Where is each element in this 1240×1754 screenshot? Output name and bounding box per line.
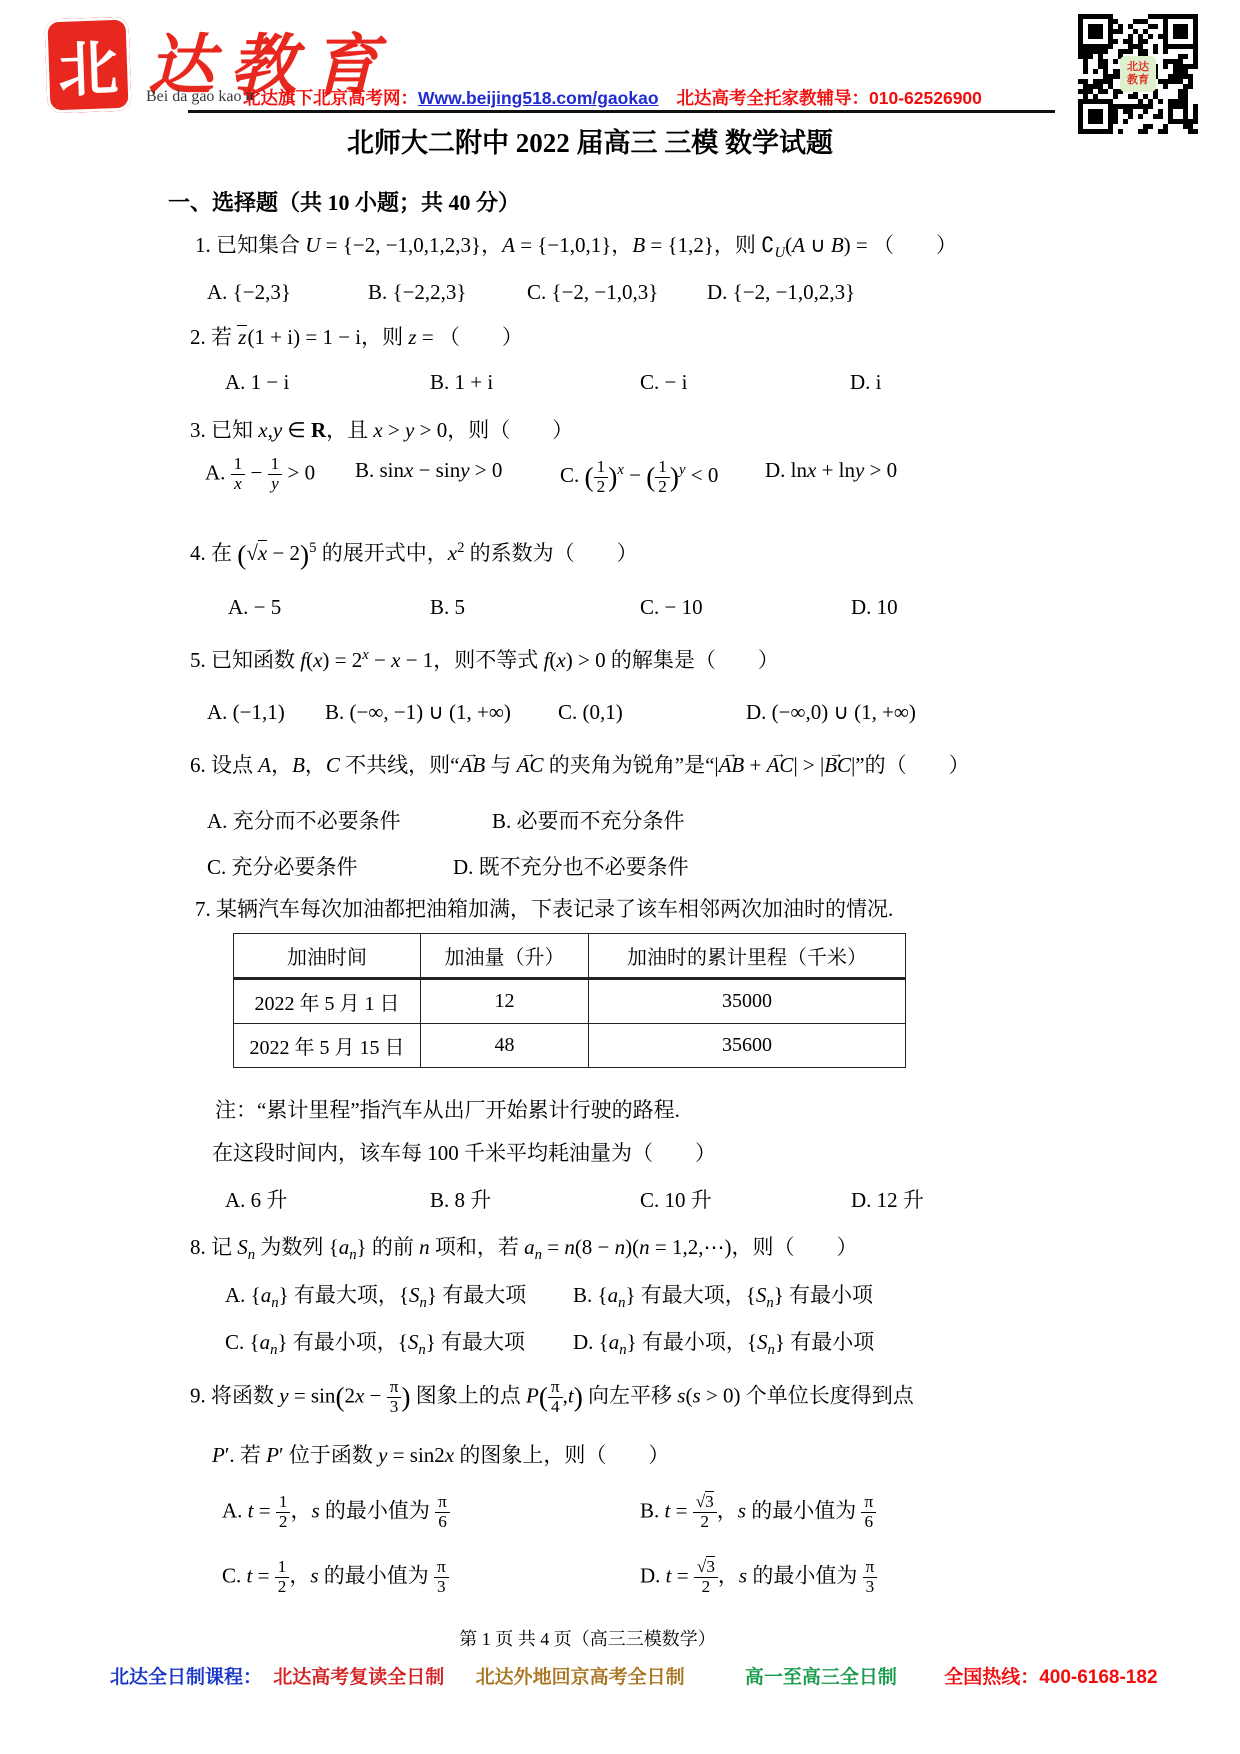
q6-option-d: D. 既不充分也不必要条件 [453, 852, 689, 882]
footer-link-label: 北达全日制课程： [110, 1667, 262, 1688]
qr-code: 北达 教育 [1078, 14, 1198, 134]
q8-option-c: C. {an} 有最小项，{Sn} 有最大项 [225, 1327, 525, 1365]
qr-logo-line2: 教育 [1127, 74, 1149, 87]
page-title: 北师大二附中 2022 届高三 三模 数学试题 [0, 121, 1180, 160]
question-1-options: A. {−2,3} B. {−2,2,3} C. {−2, −1,0,3} D.… [0, 277, 1240, 311]
exam-page: 北 达教育 Bei da gao kao ■ 北达旗下北京高考网：Www.bei… [0, 0, 1240, 1754]
col-refuel-time: 加油时间 [234, 934, 421, 979]
fuel-table-header-row: 加油时间 加油量（升） 加油时的累计里程（千米） [234, 934, 906, 979]
q7-option-b: B. 8 升 [430, 1185, 491, 1215]
question-8-options-ab: A. {an} 有最大项，{Sn} 有最大项 B. {an} 有最大项，{Sn}… [0, 1280, 1240, 1314]
q2-option-a: A. 1 − i [225, 367, 289, 397]
q9-option-c: C. t = 12，s 的最小值为 π3 [222, 1558, 449, 1597]
question-6-options-ab: A. 充分而不必要条件 B. 必要而不充分条件 [0, 806, 1240, 840]
table-row: 2022 年 5 月 15 日 48 35600 [234, 1024, 906, 1068]
question-7-note: 注：“累计里程”指汽车从出厂开始累计行驶的路程. [215, 1095, 680, 1125]
q3-option-b: B. sinx − siny > 0 [355, 455, 502, 485]
q6-option-b: B. 必要而不充分条件 [492, 806, 685, 836]
brand-caption: Bei da gao kao ■ [146, 88, 255, 106]
q2-option-b: B. 1 + i [430, 367, 493, 397]
q5-option-c: C. (0,1) [558, 697, 623, 727]
page-number: 第 1 页 共 4 页（高三三模数学） [0, 1625, 1175, 1651]
cell-amount-2: 48 [421, 1024, 589, 1068]
cell-odometer-2: 35600 [589, 1024, 906, 1068]
q3-option-c: C. (12)x − (12)y < 0 [560, 455, 718, 497]
q4-option-d: D. 10 [851, 592, 898, 622]
footer-course-links: 北达全日制课程： 北达高考复读全日制 北达外地回京高考全日制 高一至高三全日制 … [110, 1662, 1210, 1689]
question-9-stem-line1: 9. 将函数 y = sin(2x − π3) 图象上的点 P(π4,t) 向左… [190, 1378, 914, 1417]
question-5-stem: 5. 已知函数 f(x) = 2x − x − 1，则不等式 f(x) > 0 … [190, 640, 779, 675]
q9-option-d: D. t = √32，s 的最小值为 π3 [640, 1558, 877, 1597]
site-label: 北达旗下北京高考网： [243, 88, 418, 108]
question-8-stem: 8. 记 Sn 为数列 {an} 的前 n 项和，若 an = n(8 − n)… [190, 1232, 858, 1270]
q3-option-d: D. lnx + lny > 0 [765, 455, 897, 485]
question-1-stem: 1. 已知集合 U = {−2, −1,0,1,2,3}，A = {−1,0,1… [195, 230, 957, 268]
question-6-options-cd: C. 充分必要条件 D. 既不充分也不必要条件 [0, 852, 1240, 886]
question-8-options-cd: C. {an} 有最小项，{Sn} 有最大项 D. {an} 有最小项，{Sn}… [0, 1327, 1240, 1361]
gaokao-site-link[interactable]: Www.beijing518.com/gaokao [418, 88, 659, 108]
q7-option-c: C. 10 升 [640, 1185, 712, 1215]
footer-link-return-beijing: 北达外地回京高考全日制 [476, 1667, 685, 1688]
q4-option-b: B. 5 [430, 592, 465, 622]
question-4-stem: 4. 在 (√x − 2)5 的展开式中，x2 的系数为（ ） [190, 533, 638, 569]
question-9-stem-line2: P′. 若 P′ 位于函数 y = sin2x 的图象上，则（ ） [212, 1440, 669, 1470]
cell-date-2: 2022 年 5 月 15 日 [234, 1024, 421, 1068]
q1-option-a: A. {−2,3} [207, 277, 291, 307]
footer-link-grade1-3: 高一至高三全日制 [745, 1667, 897, 1688]
question-3-options: A. 1x − 1y > 0 B. sinx − siny > 0 C. (12… [0, 455, 1240, 515]
cell-odometer-1: 35000 [589, 979, 906, 1024]
q9-option-a: A. t = 12，s 的最小值为 π6 [222, 1493, 450, 1532]
question-2-stem: 2. 若 z(1 + i) = 1 − i，则 z = （ ） [190, 322, 523, 352]
question-6-stem: 6. 设点 A，B，C 不共线，则“→AB 与 →AC 的夹角为锐角”是“|→A… [190, 750, 970, 780]
q2-option-d: D. i [850, 367, 882, 397]
question-7-subquestion: 在这段时间内，该车每 100 千米平均耗油量为（ ） [212, 1138, 716, 1168]
q5-option-a: A. (−1,1) [207, 697, 285, 727]
fuel-table: 加油时间 加油量（升） 加油时的累计里程（千米） 2022 年 5 月 1 日 … [233, 933, 906, 1068]
q4-option-a: A. − 5 [228, 592, 281, 622]
q2-option-c: C. − i [640, 367, 687, 397]
question-7-options: A. 6 升 B. 8 升 C. 10 升 D. 12 升 [0, 1185, 1240, 1219]
q7-option-a: A. 6 升 [225, 1185, 287, 1215]
q5-option-b: B. (−∞, −1) ∪ (1, +∞) [325, 697, 511, 727]
qr-center-logo: 北达 教育 [1120, 56, 1156, 92]
q3-option-a: A. 1x − 1y > 0 [205, 455, 315, 494]
question-4-options: A. − 5 B. 5 C. − 10 D. 10 [0, 592, 1240, 626]
question-7-stem: 7. 某辆汽车每次加油都把油箱加满，下表记录了该车相邻两次加油时的情况. [195, 894, 893, 924]
q4-option-c: C. − 10 [640, 592, 703, 622]
header-contact-line: 北达旗下北京高考网：Www.beijing518.com/gaokao北达高考全… [243, 85, 982, 110]
q8-option-b: B. {an} 有最大项，{Sn} 有最小项 [573, 1280, 873, 1318]
header-divider [188, 110, 1055, 113]
footer-hotline: 全国热线：400-6168-182 [944, 1667, 1157, 1688]
cell-amount-1: 12 [421, 979, 589, 1024]
section-heading: 一、选择题（共 10 小题；共 40 分） [168, 186, 520, 217]
table-row: 2022 年 5 月 1 日 12 35000 [234, 979, 906, 1024]
footer-link-fulltime-repeat: 北达高考复读全日制 [273, 1667, 444, 1688]
cell-date-1: 2022 年 5 月 1 日 [234, 979, 421, 1024]
tutor-hotline: 北达高考全托家教辅导：010-62526900 [677, 88, 982, 108]
q9-option-b: B. t = √32，s 的最小值为 π6 [640, 1493, 876, 1532]
question-9-options-cd: C. t = 12，s 的最小值为 π3 D. t = √32，s 的最小值为 … [0, 1558, 1240, 1618]
q1-option-d: D. {−2, −1,0,2,3} [707, 277, 855, 307]
q1-option-b: B. {−2,2,3} [368, 277, 467, 307]
stamp-character: 北 [57, 21, 120, 109]
q6-option-a: A. 充分而不必要条件 [207, 806, 401, 836]
col-refuel-amount: 加油量（升） [421, 934, 589, 979]
q8-option-a: A. {an} 有最大项，{Sn} 有最大项 [225, 1280, 526, 1318]
q6-option-c: C. 充分必要条件 [207, 852, 358, 882]
q5-option-d: D. (−∞,0) ∪ (1, +∞) [746, 697, 916, 727]
q1-option-c: C. {−2, −1,0,3} [527, 277, 658, 307]
question-5-options: A. (−1,1) B. (−∞, −1) ∪ (1, +∞) C. (0,1)… [0, 697, 1240, 731]
question-2-options: A. 1 − i B. 1 + i C. − i D. i [0, 367, 1240, 401]
q8-option-d: D. {an} 有最小项，{Sn} 有最小项 [573, 1327, 874, 1365]
question-9-options-ab: A. t = 12，s 的最小值为 π6 B. t = √32，s 的最小值为 … [0, 1493, 1240, 1553]
question-3-stem: 3. 已知 x,y ∈ R，且 x > y > 0，则（ ） [190, 415, 573, 445]
col-odometer: 加油时的累计里程（千米） [589, 934, 906, 979]
q7-option-d: D. 12 升 [851, 1185, 924, 1215]
beida-logo-stamp: 北 [44, 17, 131, 114]
qr-logo-line1: 北达 [1127, 61, 1149, 74]
